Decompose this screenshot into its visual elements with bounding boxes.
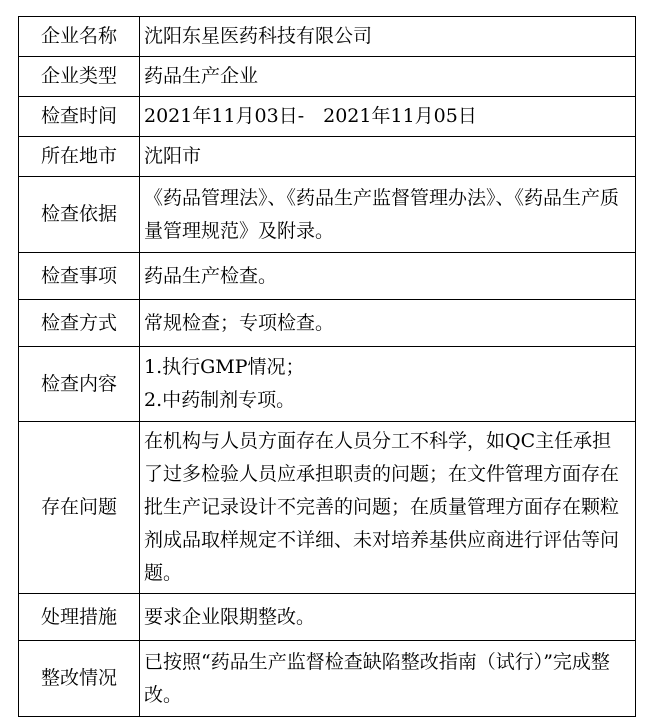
row-problems: 存在问题 在机构与人员方面存在人员分工不科学，如QC主任承担了过多检验人员应承担… [19,422,636,594]
document-page: 企业名称 沈阳东星医药科技有限公司 企业类型 药品生产企业 检查时间 2021年… [0,0,655,719]
row-company-type-value: 药品生产企业 [140,57,636,97]
row-inspection-method: 检查方式 常规检查；专项检查。 [19,300,636,347]
row-measures-value: 要求企业限期整改。 [140,594,636,641]
row-inspection-basis: 检查依据 《药品管理法》、《药品生产监督管理办法》、《药品生产质量管理规范》及附… [19,177,636,253]
row-company-name: 企业名称 沈阳东星医药科技有限公司 [19,17,636,57]
row-company-name-label: 企业名称 [19,17,140,57]
row-measures: 处理措施 要求企业限期整改。 [19,594,636,641]
row-company-name-value: 沈阳东星医药科技有限公司 [140,17,636,57]
row-inspection-basis-label: 检查依据 [19,177,140,253]
row-inspection-basis-value: 《药品管理法》、《药品生产监督管理办法》、《药品生产质量管理规范》及附录。 [140,177,636,253]
row-measures-label: 处理措施 [19,594,140,641]
inspection-info-table: 企业名称 沈阳东星医药科技有限公司 企业类型 药品生产企业 检查时间 2021年… [18,16,636,717]
row-problems-label: 存在问题 [19,422,140,594]
row-inspection-method-value: 常规检查；专项检查。 [140,300,636,347]
row-inspection-time-label: 检查时间 [19,97,140,137]
row-inspection-content: 检查内容 1.执行GMP情况； 2.中药制剂专项。 [19,347,636,422]
row-rectification-label: 整改情况 [19,641,140,717]
row-city: 所在地市 沈阳市 [19,137,636,177]
row-problems-value: 在机构与人员方面存在人员分工不科学，如QC主任承担了过多检验人员应承担职责的问题… [140,422,636,594]
row-inspection-content-label: 检查内容 [19,347,140,422]
row-rectification: 整改情况 已按照“药品生产监督检查缺陷整改指南（试行）”完成整改。 [19,641,636,717]
row-company-type: 企业类型 药品生产企业 [19,57,636,97]
row-city-label: 所在地市 [19,137,140,177]
row-inspection-content-value: 1.执行GMP情况； 2.中药制剂专项。 [140,347,636,422]
row-inspection-items: 检查事项 药品生产检查。 [19,253,636,300]
row-inspection-method-label: 检查方式 [19,300,140,347]
row-city-value: 沈阳市 [140,137,636,177]
row-inspection-time-value: 2021年11月03日- 2021年11月05日 [140,97,636,137]
row-inspection-items-label: 检查事项 [19,253,140,300]
row-inspection-items-value: 药品生产检查。 [140,253,636,300]
row-company-type-label: 企业类型 [19,57,140,97]
row-inspection-time: 检查时间 2021年11月03日- 2021年11月05日 [19,97,636,137]
row-rectification-value: 已按照“药品生产监督检查缺陷整改指南（试行）”完成整改。 [140,641,636,717]
